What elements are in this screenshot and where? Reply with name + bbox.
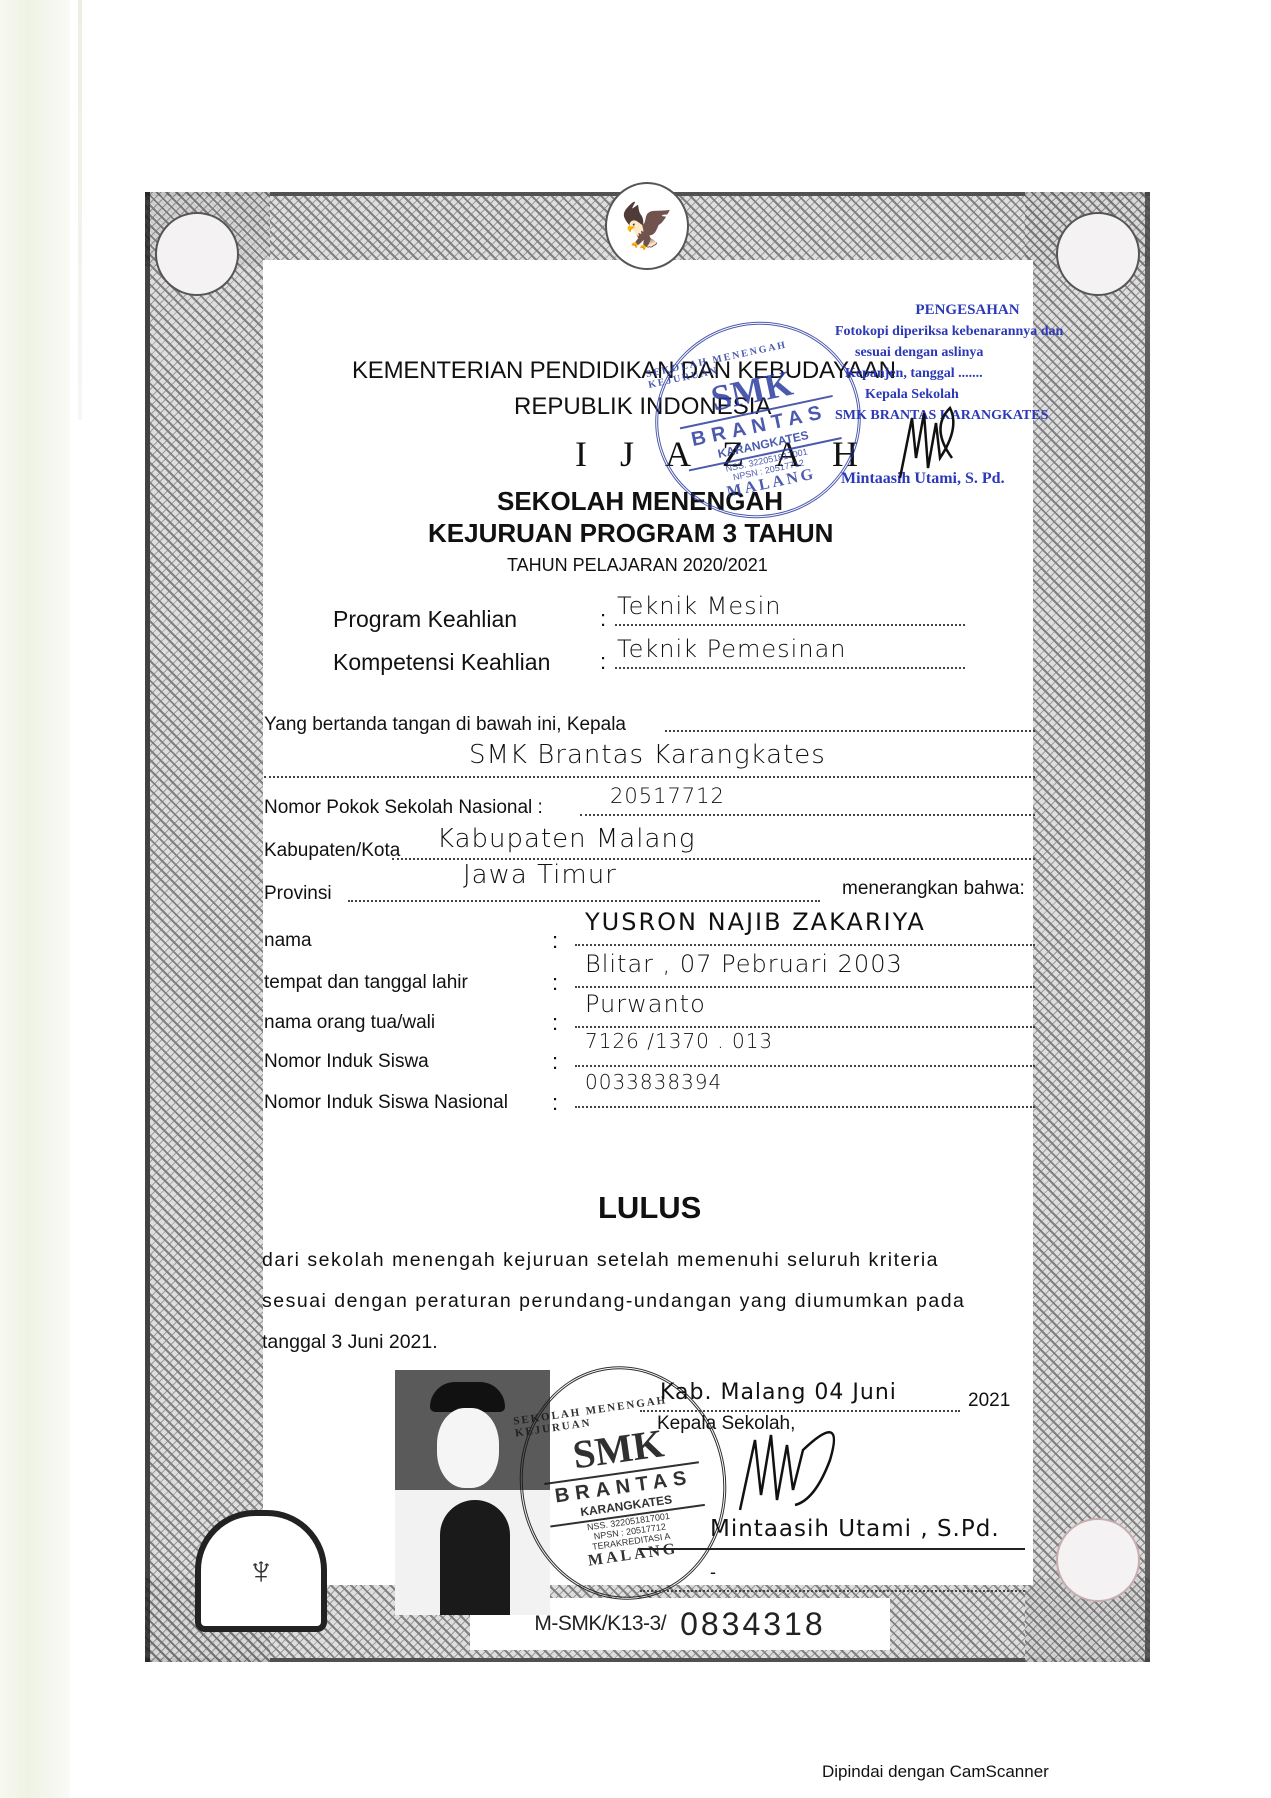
declares-text: menerangkan bahwa: — [842, 878, 1025, 900]
student-field-value: YUSRON NAJIB ZAKARIYA — [585, 908, 926, 936]
statement-line: dari sekolah menengah kejuruan setelah m… — [262, 1240, 1040, 1281]
academic-year: TAHUN PELAJARAN 2020/2021 — [507, 555, 768, 576]
student-field-value: 0033838394 — [585, 1070, 722, 1094]
principal-name-line: Mintaasih Utami , S.Pd. — [640, 1524, 1025, 1550]
province-label: Provinsi — [264, 883, 332, 905]
regency-value: Kabupaten Malang — [437, 824, 695, 854]
corner-medallion-icon — [1056, 1518, 1140, 1602]
corner-medallion-icon — [1056, 212, 1140, 296]
colon: : — [552, 1090, 558, 1116]
camscanner-footer: Dipindai dengan CamScanner — [822, 1762, 1049, 1782]
photo-face — [437, 1408, 499, 1488]
graduation-status: LULUS — [598, 1190, 701, 1226]
student-field-label: nama orang tua/wali — [264, 1012, 435, 1034]
legalization-line: Kepanjen, tanggal ....... — [835, 363, 1080, 384]
school-name-line: SMK Brantas Karangkates — [264, 750, 1035, 778]
competency-value-line: Teknik Pemesinan — [615, 641, 965, 669]
student-field-value: 7126 /1370 . 013 — [585, 1029, 773, 1053]
regency-value-line: Kabupaten Malang — [392, 834, 1035, 860]
scan-paper-edge — [0, 0, 70, 1798]
student-field-value: Purwanto — [585, 990, 706, 1018]
colon: : — [600, 606, 606, 632]
program-value-line: Teknik Mesin — [615, 598, 965, 626]
tut-wuri-handayani-logo-icon: ♆ — [195, 1510, 327, 1632]
student-field-label: nama — [264, 930, 312, 952]
photo-dark-area — [440, 1500, 510, 1615]
province-value-line: Jawa Timur — [348, 876, 820, 902]
garuda-emblem-icon: 🦅 — [605, 182, 689, 270]
intro-text: Yang bertanda tangan di bawah ini, Kepal… — [264, 714, 626, 736]
student-field-label: Nomor Induk Siswa Nasional — [264, 1092, 508, 1114]
place-date-line: Kab. Malang 04 Juni — [640, 1388, 960, 1412]
legalization-heading: PENGESAHAN — [835, 300, 1080, 321]
statement-line: sesuai dengan peraturan perundang-undang… — [262, 1281, 1040, 1322]
student-field-value: Blitar , 07 Pebruari 2003 — [585, 950, 903, 978]
nip-value: - — [710, 1562, 716, 1583]
competency-value: Teknik Pemesinan — [617, 635, 846, 663]
competency-label: Kompetensi Keahlian — [333, 649, 550, 676]
npsn-label: Nomor Pokok Sekolah Nasional : — [264, 797, 543, 819]
student-field-line: YUSRON NAJIB ZAKARIYA — [575, 918, 1035, 946]
student-field-line: Purwanto — [575, 1000, 1035, 1028]
principal-signature-icon — [735, 1410, 850, 1520]
program-value: Teknik Mesin — [617, 592, 782, 620]
statement-line: tanggal 3 Juni 2021. — [262, 1322, 1040, 1363]
place-date-value: Kab. Malang 04 Juni — [660, 1380, 897, 1405]
colon: : — [600, 649, 606, 675]
ornament-border-left — [145, 192, 270, 1662]
npsn-value-line: 20517712 — [580, 792, 1035, 816]
corner-medallion-icon — [155, 212, 239, 296]
colon: : — [552, 970, 558, 996]
colon: : — [552, 1049, 558, 1075]
npsn-value: 20517712 — [610, 784, 725, 808]
colon: : — [552, 928, 558, 954]
serial-prefix: M-SMK/K13-3/ — [534, 1612, 666, 1636]
student-field-label: Nomor Induk Siswa — [264, 1051, 429, 1073]
legalization-line: sesuai dengan aslinya — [835, 342, 1080, 363]
principal-name: Mintaasih Utami , S.Pd. — [710, 1516, 1000, 1542]
province-value: Jawa Timur — [463, 860, 617, 890]
legalization-signature-icon — [890, 398, 970, 488]
dotted-line — [665, 710, 1035, 732]
nip-line: - — [640, 1576, 1025, 1592]
student-field-line: 0033838394 — [575, 1080, 1035, 1108]
school-name-value: SMK Brantas Karangkates — [469, 740, 826, 770]
school-type-line2: KEJURUAN PROGRAM 3 TAHUN — [428, 518, 833, 549]
student-field-label: tempat dan tanggal lahir — [264, 972, 468, 994]
legalization-line: Fotokopi diperiksa kebenarannya dan — [835, 321, 1080, 342]
colon: : — [552, 1010, 558, 1036]
scan-shadow — [78, 0, 82, 420]
program-label: Program Keahlian — [333, 606, 517, 633]
signature-year: 2021 — [968, 1390, 1010, 1412]
serial-number: 0834318 — [680, 1606, 826, 1643]
student-field-line: Blitar , 07 Pebruari 2003 — [575, 960, 1035, 988]
regency-label: Kabupaten/Kota — [264, 840, 400, 862]
student-field-line: 7126 /1370 . 013 — [575, 1039, 1035, 1067]
